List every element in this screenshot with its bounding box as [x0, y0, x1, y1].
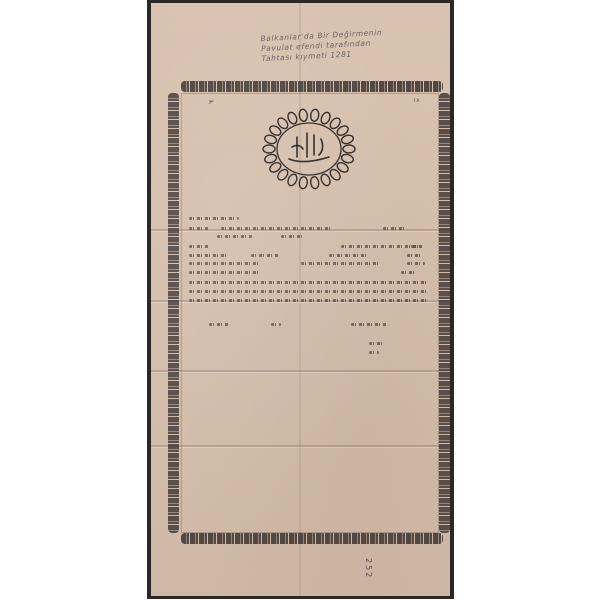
script-line [189, 245, 209, 248]
top-right-mark: ۱۸ [413, 97, 419, 104]
script-line [189, 290, 429, 293]
script-line [221, 227, 331, 230]
ornamental-border-top [181, 81, 443, 92]
script-line [407, 262, 425, 265]
script-line [251, 254, 279, 257]
script-line [189, 281, 429, 284]
script-line [301, 262, 381, 265]
script-line [217, 235, 252, 238]
script-line [369, 351, 379, 354]
script-line [383, 227, 405, 230]
script-line [369, 342, 383, 345]
script-line [189, 227, 209, 230]
script-line [411, 245, 423, 248]
script-line [189, 271, 259, 274]
top-left-mark: ﻧﻮ [209, 97, 214, 104]
script-line [271, 323, 281, 326]
document-paper: Balkanlar'da Bir Değirmenin Pavulat efen… [151, 3, 450, 596]
script-line [189, 254, 229, 257]
script-line [329, 254, 367, 257]
script-line [401, 271, 417, 274]
pencil-note: Balkanlar'da Bir Değirmenin Pavulat efen… [260, 28, 383, 64]
ornamental-border-left [168, 93, 179, 533]
script-line [407, 254, 423, 257]
script-line [351, 323, 387, 326]
script-line [189, 262, 261, 265]
page-number: 252 [364, 558, 373, 579]
script-line [209, 323, 229, 326]
ornamental-border-bottom [181, 533, 443, 544]
tughra-seal-icon [259, 107, 359, 191]
ornamental-border-right [439, 93, 450, 533]
script-line [189, 299, 429, 302]
script-line [341, 245, 421, 248]
script-line [281, 235, 303, 238]
script-line [189, 217, 239, 220]
